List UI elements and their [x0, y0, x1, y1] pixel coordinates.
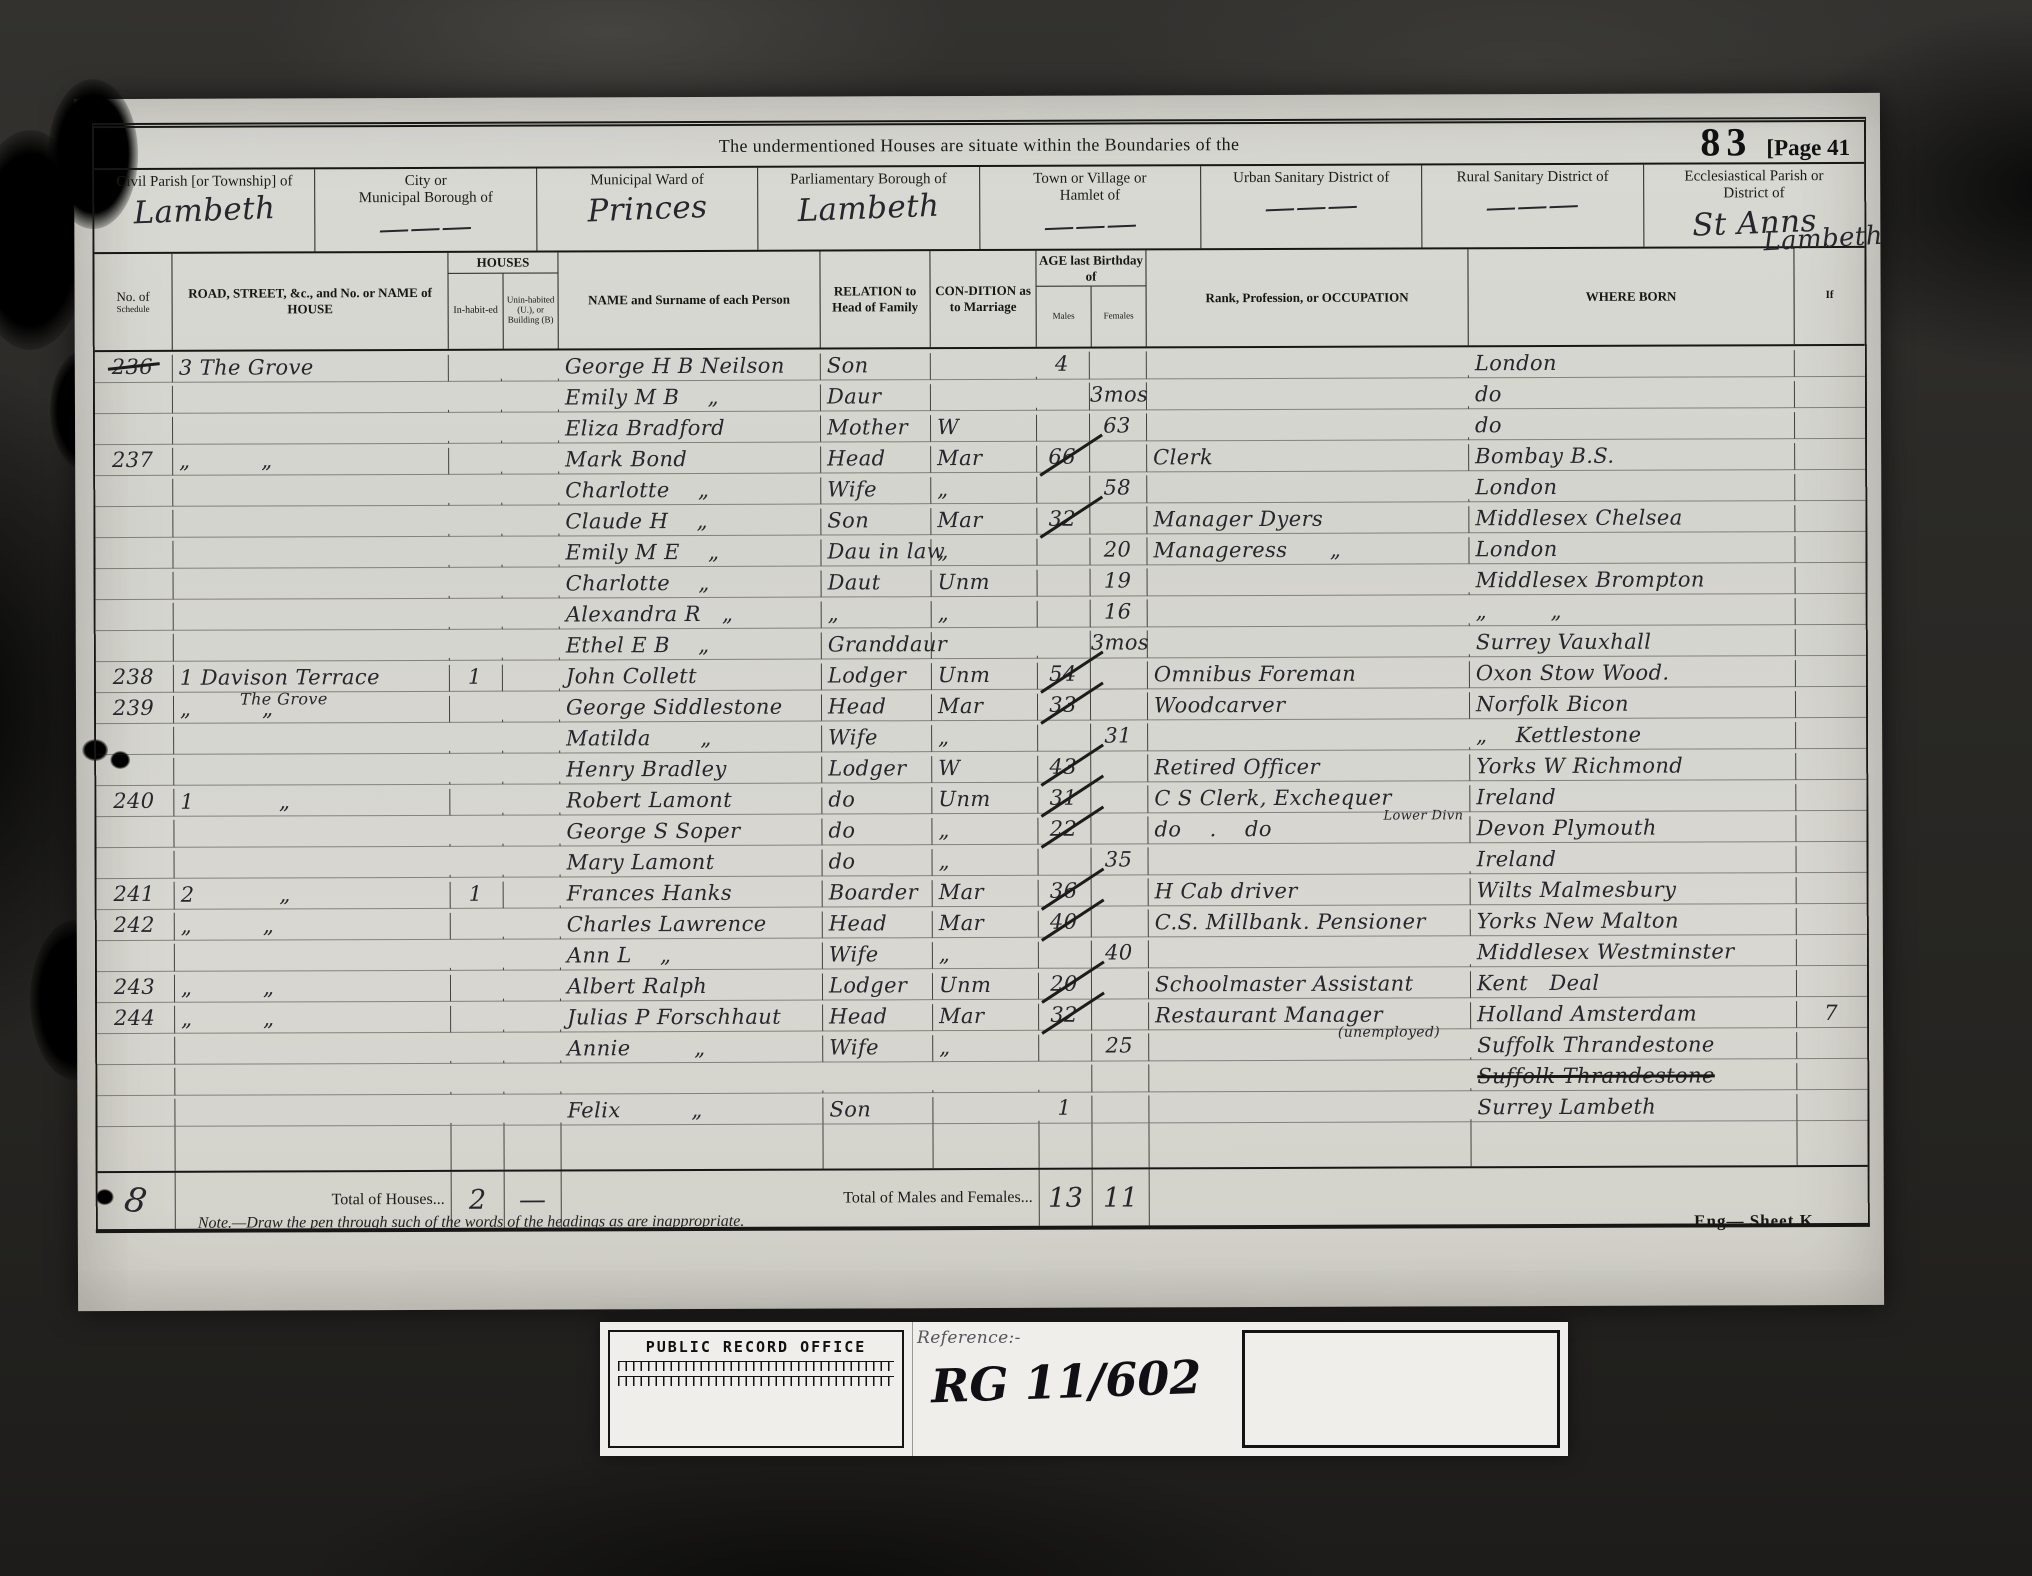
table-row: Henry Bradley Lodger W 43 Retired Office…	[96, 749, 1866, 786]
cell-uninhabited	[503, 843, 560, 846]
cell-inhabited	[449, 503, 502, 506]
age-male-value: 36	[1050, 879, 1078, 903]
cell-infirmity	[1796, 591, 1866, 594]
header-where-born: WHERE BORN	[1468, 248, 1794, 345]
infirmity-value: 7	[1824, 1001, 1838, 1025]
person-name: Ann L „	[567, 943, 672, 967]
road-text: 1 „	[180, 789, 290, 813]
cell-name: Albert Ralph	[561, 974, 823, 1002]
location-handwritten-value: ———	[1422, 184, 1644, 228]
total-females-cell: 11	[1093, 1169, 1150, 1225]
where-born-value: Kent Deal	[1477, 971, 1600, 995]
cell-schedule	[96, 603, 174, 631]
cell-where-born: Ireland	[1471, 846, 1797, 874]
occupation-value: Schoolmaster Assistant	[1155, 971, 1413, 996]
location-cell: Town or Village or Hamlet of ———	[980, 166, 1202, 249]
cell-age-male: 31	[1038, 786, 1091, 814]
condition-value: Mar	[938, 694, 983, 718]
pro-ruler-box: PUBLIC RECORD OFFICE	[608, 1330, 904, 1448]
cell-relation: Dau in law	[821, 539, 931, 566]
road-text: „ „	[181, 913, 274, 937]
cell-road: „ „	[173, 448, 449, 476]
census-form-table: The undermentioned Houses are situate wi…	[92, 117, 1870, 1233]
schedule-number: 236	[112, 355, 153, 379]
cell-condition: W	[931, 415, 1037, 442]
location-label: Rural Sanitary District of	[1422, 169, 1642, 187]
schedule-number: 243	[114, 975, 155, 999]
header-females: Females	[1092, 287, 1146, 347]
header-inhabited: In-habit-ed	[449, 273, 504, 349]
cell-name: Charles Lawrence	[561, 912, 823, 940]
cell-schedule	[97, 1099, 175, 1127]
cell-schedule	[97, 1068, 175, 1096]
cell-uninhabited	[504, 936, 561, 939]
location-label: Municipal Ward of	[537, 172, 757, 190]
table-row: Emily M E „ Dau in law „ 20 Manageress „…	[95, 532, 1865, 569]
cell-uninhabited	[502, 378, 559, 381]
condition-value: „	[937, 477, 948, 501]
cell-age-male: 20	[1039, 972, 1092, 1000]
cell-age-male	[1037, 476, 1090, 504]
relation-value: Head	[827, 446, 885, 470]
cell-inhabited	[450, 565, 503, 568]
relation-value: Head	[829, 911, 887, 935]
condition-value: „	[937, 539, 948, 563]
cell-occupation: H Cab driver	[1149, 878, 1471, 906]
where-born-value: Surrey Vauxhall	[1476, 630, 1652, 655]
condition-value: Unm	[938, 787, 990, 811]
cell-relation	[823, 1090, 933, 1093]
cell-age-female	[1092, 1002, 1149, 1030]
cell-age-female	[1090, 351, 1147, 379]
cell-where-born: Norfolk Bicon	[1470, 691, 1796, 719]
cell-name: Ethel E B „	[560, 633, 822, 661]
cell-occupation: Manageress „	[1147, 537, 1469, 565]
where-born-value: „ „	[1476, 599, 1562, 623]
cell-name: Robert Lamont	[560, 788, 822, 816]
where-born-value: „ Kettlestone	[1476, 723, 1641, 748]
cell-uninhabited	[503, 564, 560, 567]
cell-inhabited	[450, 627, 503, 630]
cell-where-born: „ Kettlestone	[1470, 722, 1796, 750]
header-where-born-label: WHERE BORN	[1472, 288, 1791, 305]
cell-name: Eliza Bradford	[559, 416, 821, 444]
cell-name: John Collett	[560, 664, 822, 692]
cell-infirmity	[1795, 529, 1865, 532]
condition-value: Mar	[937, 446, 982, 470]
cell-infirmity	[1795, 405, 1865, 408]
cell-relation: Wife	[823, 1035, 933, 1062]
header-road-label: ROAD, STREET, &c., and No. or NAME of HO…	[176, 285, 445, 317]
cell-where-born: Surrey Vauxhall	[1470, 629, 1796, 657]
cell-where-born: Middlesex Brompton	[1470, 567, 1796, 595]
where-born-value: do	[1475, 382, 1502, 406]
cell-inhabited: 1	[451, 882, 504, 909]
age-female-value: 19	[1104, 568, 1132, 592]
location-handwritten-value: ———	[315, 205, 537, 249]
relation-value: Wife	[827, 477, 877, 501]
cell-age-male: 22	[1038, 817, 1091, 845]
cell-relation: Wife	[821, 477, 931, 504]
cell-where-born: London	[1469, 350, 1795, 378]
cell-condition: Mar	[931, 446, 1037, 473]
cell-relation: Boarder	[823, 880, 933, 907]
cell-schedule: 238	[96, 665, 174, 693]
cell-age-male: 40	[1039, 910, 1092, 938]
relation-value: „	[828, 601, 839, 625]
cell-age-male: 32	[1037, 507, 1090, 535]
table-row: Suffolk Thrandestone	[97, 1059, 1867, 1096]
cell-infirmity	[1796, 560, 1866, 563]
cell-name: Henry Bradley	[560, 757, 822, 785]
cell-relation: Lodger	[822, 663, 932, 690]
cell-road: 1 Davison TerraceThe Grove	[174, 665, 450, 693]
age-male-value: 1	[1057, 1096, 1071, 1120]
cell-condition	[932, 656, 1038, 659]
cell-condition: Unm	[933, 973, 1039, 1000]
person-name: George H B Neilson	[565, 354, 785, 379]
location-cell: Parliamentary Borough of Lambeth	[758, 167, 980, 250]
cell-infirmity	[1796, 746, 1866, 749]
condition-value: Unm	[939, 973, 991, 997]
person-name: Felix „	[567, 1098, 702, 1122]
cell-schedule	[96, 572, 174, 600]
location-cell: Ecclesiastical Parish or District of St …	[1644, 164, 1865, 247]
where-born-value: London	[1475, 351, 1557, 375]
cell-infirmity	[1796, 808, 1866, 811]
table-row: 237 „ „ Mark Bond Head Mar 66 Clerk Bomb…	[95, 439, 1865, 476]
cell-inhabited	[451, 937, 504, 940]
cell-where-born: Oxon Stow Wood.	[1470, 660, 1796, 688]
cell-road: „ „	[175, 913, 451, 941]
cell-schedule	[96, 634, 174, 662]
person-name: Alexandra R „	[566, 602, 734, 627]
cell-schedule: 239	[96, 696, 174, 724]
total-houses-value: 2	[469, 1184, 487, 1215]
cell-infirmity	[1797, 901, 1867, 904]
cell-inhabited	[451, 875, 504, 878]
cell-age-female	[1092, 909, 1149, 937]
cell-relation: Head	[823, 1004, 933, 1031]
condition-value: „	[938, 601, 949, 625]
footnote: Note.—Draw the pen through such of the w…	[198, 1213, 745, 1233]
cell-age-female: 20	[1090, 537, 1147, 565]
cell-name: George H B Neilson	[559, 354, 821, 382]
cell-uninhabited	[503, 812, 560, 815]
where-born-value: Norfolk Bicon	[1476, 692, 1629, 717]
cell-infirmity	[1797, 932, 1867, 935]
condition-value: Mar	[939, 880, 984, 904]
age-male-value: 40	[1050, 910, 1078, 934]
cell-inhabited	[449, 472, 502, 475]
cell-where-born: Suffolk Thrandestone	[1471, 1063, 1797, 1091]
cell-age-female	[1090, 506, 1147, 534]
condition-value: „	[939, 942, 950, 966]
person-name: Claude H „	[565, 509, 708, 533]
location-label: Ecclesiastical Parish or	[1644, 168, 1864, 186]
cell-relation: do	[822, 787, 932, 814]
relation-value: Wife	[829, 942, 879, 966]
cell-age-female	[1091, 692, 1148, 720]
cell-age-female: 16	[1091, 599, 1148, 627]
cell-schedule	[96, 727, 174, 755]
cell-condition: Unm	[932, 663, 1038, 690]
relation-value: Daur	[827, 384, 882, 408]
cell-uninhabited	[503, 750, 560, 753]
public-record-office-stamp: PUBLIC RECORD OFFICE Reference:- RG 11/6…	[600, 1322, 1568, 1456]
cell-age-female	[1091, 785, 1148, 813]
cell-age-male	[1039, 848, 1092, 876]
occupation-value: C.S. Millbank. Pensioner	[1155, 909, 1426, 934]
header-infirmities-title: If	[1798, 289, 1862, 302]
cell-age-male: 43	[1038, 755, 1091, 783]
form-title: The undermentioned Houses are situate wi…	[719, 134, 1240, 157]
cell-inhabited	[450, 658, 503, 661]
cell-schedule	[96, 820, 174, 848]
location-label: Town or Village or	[980, 170, 1200, 188]
person-name: Matilda „	[566, 726, 712, 751]
header-occupation: Rank, Profession, or OCCUPATION	[1146, 249, 1468, 346]
cell-schedule: 237	[95, 448, 173, 476]
relation-value: Lodger	[828, 756, 906, 780]
table-row: 238 1 Davison TerraceThe Grove 1 John Co…	[96, 656, 1866, 693]
header-males: Males	[1037, 287, 1092, 347]
cell-condition: Mar	[933, 911, 1039, 938]
cell-where-born: Yorks New Malton	[1471, 908, 1797, 936]
cell-age-male	[1039, 1065, 1092, 1093]
cell-condition: „	[933, 1035, 1039, 1062]
ruler-ticks-2	[618, 1376, 894, 1386]
cell-infirmity	[1796, 715, 1866, 718]
where-born-value: Devon Plymouth	[1476, 816, 1656, 841]
relation-value: do	[828, 818, 855, 842]
cell-uninhabited	[503, 626, 560, 629]
age-male-value: 32	[1049, 507, 1077, 531]
cell-name: Emily M B „	[559, 385, 821, 413]
cell-road: „ „	[175, 1006, 451, 1034]
road-text: „ „	[179, 448, 272, 472]
occupation-value: do . do	[1154, 817, 1272, 841]
cell-inhabited	[450, 751, 503, 754]
table-row: 243 „ „ Albert Ralph Lodger Unm 20 Schoo…	[97, 966, 1867, 1003]
cell-where-born: do	[1469, 412, 1795, 440]
cell-age-male	[1038, 724, 1091, 752]
age-male-value: 22	[1050, 817, 1078, 841]
age-female-value: 35	[1105, 847, 1133, 871]
cell-age-male	[1039, 1034, 1092, 1062]
total-males-cell: 13	[1040, 1170, 1093, 1226]
condition-value: „	[939, 849, 950, 873]
header-schedule: No. of Schedule	[94, 254, 172, 350]
table-row: Matilda „ Wife „ 31 „ Kettlestone	[96, 718, 1866, 755]
cell-occupation: Schoolmaster Assistant	[1149, 971, 1471, 999]
cell-age-female: 58	[1090, 475, 1147, 503]
cell-schedule	[95, 386, 173, 414]
person-name: Albert Ralph	[567, 974, 707, 998]
cell-infirmity	[1796, 622, 1866, 625]
where-born-value: Middlesex Westminster	[1477, 939, 1735, 964]
schedule-number: 240	[113, 789, 154, 813]
cell-where-born: do	[1469, 381, 1795, 409]
reference-area: Reference:- RG 11/602	[912, 1322, 1242, 1456]
header-schedule-line1: No. of	[98, 289, 169, 305]
totals-flourish-cell: 8	[98, 1173, 176, 1229]
cell-inhabited	[451, 968, 504, 971]
form-title-band: The undermentioned Houses are situate wi…	[94, 122, 1864, 168]
header-age-group: AGE last Birthday of Males Females	[1036, 250, 1146, 346]
cell-inhabited: 1	[450, 665, 503, 692]
location-handwritten-value: Lambeth	[94, 189, 316, 233]
cell-relation: Lodger	[823, 973, 933, 1000]
page-number-label: [Page 41	[1766, 135, 1850, 161]
cell-infirmity	[1797, 870, 1867, 873]
cell-age-female	[1092, 1064, 1149, 1092]
condition-value: „	[938, 818, 949, 842]
relation-value: Lodger	[828, 663, 906, 687]
cell-relation: Head	[821, 446, 931, 473]
cell-where-born: Devon Plymouth	[1470, 815, 1796, 843]
cell-inhabited	[450, 813, 503, 816]
cell-uninhabited	[504, 967, 561, 970]
cell-age-male	[1038, 569, 1091, 597]
cell-age-male: 66	[1037, 445, 1090, 473]
cell-age-female	[1092, 1095, 1149, 1123]
cell-schedule	[95, 417, 173, 445]
cell-inhabited	[449, 379, 502, 382]
cell-inhabited	[450, 720, 503, 723]
table-row: Charlotte „ Daut Unm 19 Middlesex Brompt…	[96, 563, 1866, 600]
cell-condition: „	[932, 818, 1038, 845]
cell-relation: Wife	[823, 942, 933, 969]
location-label: Parliamentary Borough of	[758, 171, 978, 189]
person-name: Emily M E „	[565, 540, 719, 565]
cell-condition: W	[932, 756, 1038, 783]
cell-relation: do	[823, 849, 933, 876]
cell-where-born: Ireland	[1470, 784, 1796, 812]
cell-condition: Mar	[931, 508, 1037, 535]
cell-condition: „	[931, 539, 1037, 566]
condition-value: Unm	[938, 663, 990, 687]
header-road: ROAD, STREET, &c., and No. or NAME of HO…	[172, 253, 448, 350]
cell-relation: „	[822, 601, 932, 628]
cell-name: George Siddlestone	[560, 695, 822, 723]
occupation-subscript: (unemployed)	[1338, 1024, 1440, 1040]
cell-inhabited	[451, 999, 504, 1002]
cell-road: 2 „	[175, 882, 451, 910]
person-name: Mark Bond	[565, 447, 687, 471]
person-name: Julias P Forschhaut	[567, 1005, 781, 1030]
cell-name: Frances Hanks	[561, 881, 823, 909]
folio-number: 83	[1700, 118, 1752, 165]
cell-uninhabited	[504, 1029, 561, 1032]
location-handwritten-value: ———	[979, 203, 1201, 247]
pro-title: PUBLIC RECORD OFFICE	[618, 1338, 894, 1356]
table-row: 236 3 The Grove George H B Neilson Son 4…	[95, 346, 1865, 383]
occupation-value: Retired Officer	[1154, 755, 1320, 780]
cell-age-female: 3mos	[1091, 630, 1148, 658]
person-name: Henry Bradley	[566, 757, 727, 782]
header-age-subrow: Males Females	[1037, 287, 1146, 347]
person-name: Emily M B „	[565, 385, 719, 410]
cell-age-female: 19	[1091, 568, 1148, 596]
header-occupation-label: Rank, Profession, or OCCUPATION	[1150, 290, 1465, 307]
schedule-number: 237	[112, 448, 153, 472]
header-uninhabited: Unin-habited (U.), or Building (B)	[504, 273, 558, 349]
cell-relation: Head	[823, 911, 933, 938]
person-name: Robert Lamont	[566, 788, 732, 813]
cell-age-female	[1092, 878, 1149, 906]
cell-schedule: 243	[97, 975, 175, 1003]
where-born-value: Wilts Malmesbury	[1477, 878, 1677, 903]
header-houses-group: HOUSES In-habit-ed Unin-habited (U.), or…	[448, 252, 558, 348]
location-label: Urban Sanitary District of	[1201, 169, 1421, 187]
cell-age-male	[1037, 538, 1090, 566]
cell-inhabited	[451, 1092, 504, 1095]
cell-schedule	[97, 1037, 175, 1065]
cell-relation: Wife	[822, 725, 932, 752]
relation-value: Daut	[828, 570, 881, 594]
cell-relation: do	[822, 818, 932, 845]
occupation-value: Omnibus Foreman	[1154, 662, 1356, 687]
person-name: Ethel E B „	[566, 633, 710, 658]
where-born-value: Surrey Lambeth	[1477, 1095, 1656, 1120]
occupation-value: Restaurant Manager	[1155, 1003, 1383, 1028]
table-body: 236 3 The Grove George H B Neilson Son 4…	[95, 346, 1868, 1127]
cell-age-male	[1037, 383, 1090, 411]
cell-condition	[931, 377, 1037, 380]
person-name: George Siddlestone	[566, 695, 783, 720]
age-male-value: 4	[1055, 352, 1069, 376]
cell-age-female: 31	[1091, 723, 1148, 751]
age-male-value: 31	[1050, 786, 1078, 810]
cell-occupation: do . doLower Divn	[1148, 816, 1470, 844]
relation-value: Wife	[828, 725, 878, 749]
cell-where-born: Suffolk Thrandestone	[1471, 1032, 1797, 1060]
cell-uninhabited	[504, 1060, 561, 1063]
cell-infirmity	[1796, 684, 1866, 687]
where-born-value: Middlesex Brompton	[1476, 567, 1705, 592]
cell-uninhabited	[503, 657, 560, 660]
age-female-value: 58	[1103, 475, 1131, 499]
sheet-label: Eng— Sheet K	[1694, 1211, 1814, 1231]
road-text: „ „	[181, 975, 274, 999]
cell-relation: Head	[822, 694, 932, 721]
relation-value: Son	[829, 1097, 871, 1121]
total-males-value: 13	[1048, 1182, 1083, 1213]
cell-infirmity	[1796, 777, 1866, 780]
cell-infirmity	[1795, 436, 1865, 439]
where-born-value: Suffolk Thrandestone	[1477, 1032, 1715, 1057]
cell-condition: „	[933, 942, 1039, 969]
table-row: Emily M B „ Daur 3mos do	[95, 377, 1865, 414]
header-houses-subrow: In-habit-ed Unin-habited (U.), or Buildi…	[449, 273, 558, 349]
location-label: Civil Parish [or Township] of	[94, 173, 314, 191]
cell-inhabited	[449, 410, 502, 413]
location-handwritten-value: Lambeth	[758, 186, 980, 230]
header-name-label: NAME and Surname of each Person	[562, 292, 817, 308]
age-female-value: 20	[1104, 537, 1132, 561]
occupation-value: Manager Dyers	[1153, 507, 1323, 532]
cell-name: Mark Bond	[559, 447, 821, 475]
condition-value: „	[939, 1035, 950, 1059]
cell-relation: Daut	[822, 570, 932, 597]
condition-value: Unm	[938, 570, 990, 594]
cell-occupation: Clerk	[1147, 444, 1469, 472]
cell-uninhabited	[504, 874, 561, 877]
cell-age-female: 35	[1092, 847, 1149, 875]
header-condition: CON-DITION as to Marriage	[930, 251, 1036, 347]
total-females-value: 11	[1103, 1182, 1138, 1213]
